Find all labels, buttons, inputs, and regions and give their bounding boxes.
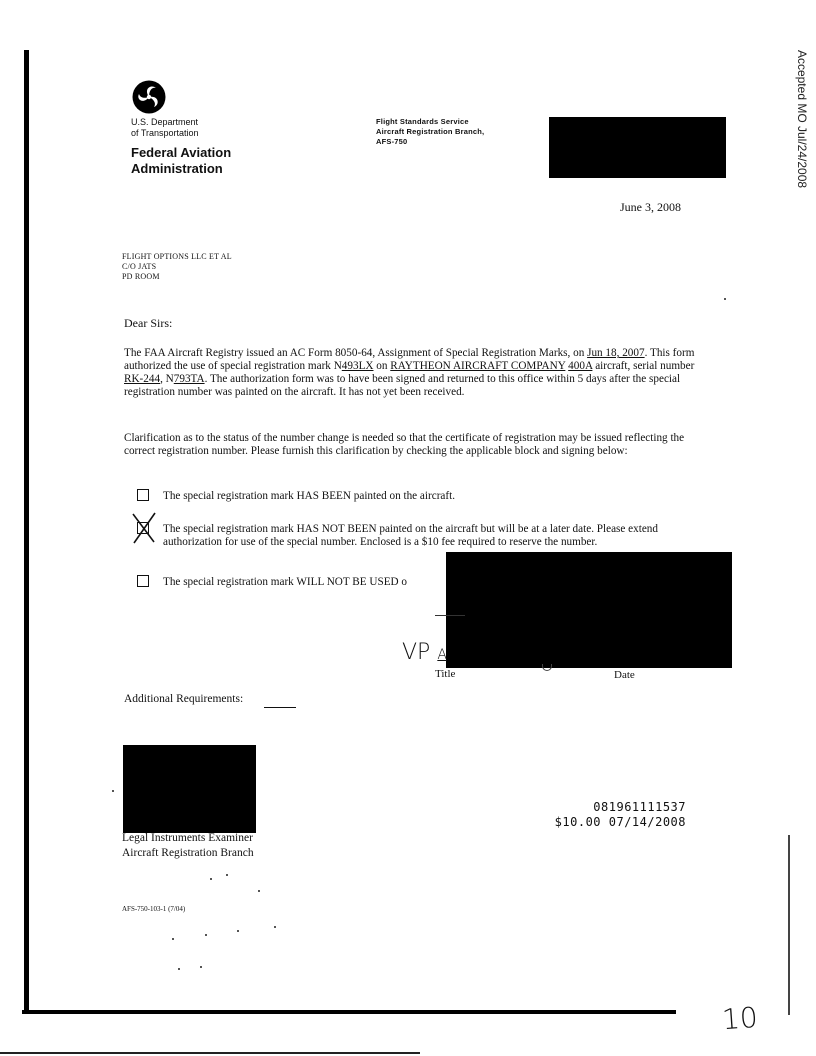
- scan-border-left: [24, 50, 29, 1010]
- accepted-stamp: Accepted MO Jul/24/2008: [795, 19, 809, 219]
- office-line: Aircraft Registration Branch,: [376, 127, 484, 136]
- office-line: AFS-750: [376, 137, 407, 146]
- recipient-line: C/O JATS: [122, 262, 156, 272]
- date-label: Date: [614, 669, 635, 681]
- recipient-line: FLIGHT OPTIONS LLC ET AL: [122, 252, 232, 262]
- issue-date: Jun 18, 2007: [587, 347, 645, 359]
- scan-artifact: [542, 664, 552, 671]
- redaction-block: [123, 745, 256, 833]
- scan-speck: [112, 790, 114, 792]
- department-name: U.S. Department: [131, 117, 198, 127]
- special-mark: 493LX: [342, 360, 374, 372]
- letter-date: June 3, 2008: [620, 200, 681, 215]
- agency-name: Federal Aviation: [131, 145, 231, 160]
- dot-triskelion-logo-icon: [132, 80, 166, 114]
- text: aircraft, serial number: [592, 360, 694, 372]
- option-has-been-painted-checkbox[interactable]: [137, 489, 149, 501]
- scan-speck: [724, 298, 726, 300]
- additional-requirements-line: [264, 707, 296, 708]
- handwritten-x-check-icon: [130, 511, 158, 545]
- text: on: [373, 360, 390, 372]
- scan-speck: [258, 890, 260, 892]
- form-code: AFS-750-103-1 (7/04): [122, 905, 185, 913]
- scan-speck: [210, 878, 212, 880]
- scan-speck: [178, 968, 180, 970]
- option-label: The special registration mark WILL NOT B…: [163, 576, 407, 589]
- scan-speck: [172, 938, 174, 940]
- option-label: The special registration mark HAS NOT BE…: [163, 523, 703, 549]
- text: The FAA Aircraft Registry issued an AC F…: [124, 347, 587, 359]
- additional-requirements-label: Additional Requirements:: [124, 693, 243, 705]
- scan-speck: [274, 926, 276, 928]
- receipt-number: 081961111537: [486, 800, 686, 814]
- office-line: Flight Standards Service: [376, 117, 469, 126]
- redaction-block: [446, 552, 732, 668]
- aircraft-model: 400A: [568, 360, 592, 372]
- scan-border-right: [788, 835, 790, 1015]
- text: , N: [160, 373, 174, 385]
- body-paragraph-2: Clarification as to the status of the nu…: [124, 432, 704, 458]
- scan-speck: [237, 930, 239, 932]
- text: . The authorization form was to have bee…: [124, 373, 680, 398]
- scan-border-bottom: [22, 1010, 676, 1014]
- handwritten-title: VP A: [402, 640, 447, 665]
- manufacturer: RAYTHEON AIRCRAFT COMPANY: [390, 360, 565, 372]
- redaction-block: [549, 117, 726, 178]
- scan-edge-bottom: [0, 1052, 420, 1054]
- scan-speck: [226, 874, 228, 876]
- scan-speck: [200, 966, 202, 968]
- current-mark: 793TA: [174, 373, 205, 385]
- signature-line: [435, 615, 465, 616]
- option-label: The special registration mark HAS BEEN p…: [163, 490, 455, 503]
- handwritten-partial: A: [437, 647, 447, 663]
- department-name-2: of Transportation: [131, 128, 199, 138]
- signer-branch: Aircraft Registration Branch: [122, 847, 254, 859]
- option-will-not-be-used-checkbox[interactable]: [137, 575, 149, 587]
- agency-name-2: Administration: [131, 161, 223, 176]
- recipient-line: PD ROOM: [122, 272, 160, 282]
- scan-speck: [205, 934, 207, 936]
- body-paragraph-1: The FAA Aircraft Registry issued an AC F…: [124, 347, 704, 399]
- handwritten-page-mark: 10: [721, 1001, 759, 1036]
- serial-number: RK-244: [124, 373, 160, 385]
- title-label: Title: [435, 668, 455, 680]
- handwritten-vp: VP: [402, 640, 430, 665]
- salutation: Dear Sirs:: [124, 316, 172, 331]
- signer-title: Legal Instruments Examiner: [122, 832, 253, 844]
- receipt-fee-date: $10.00 07/14/2008: [486, 815, 686, 829]
